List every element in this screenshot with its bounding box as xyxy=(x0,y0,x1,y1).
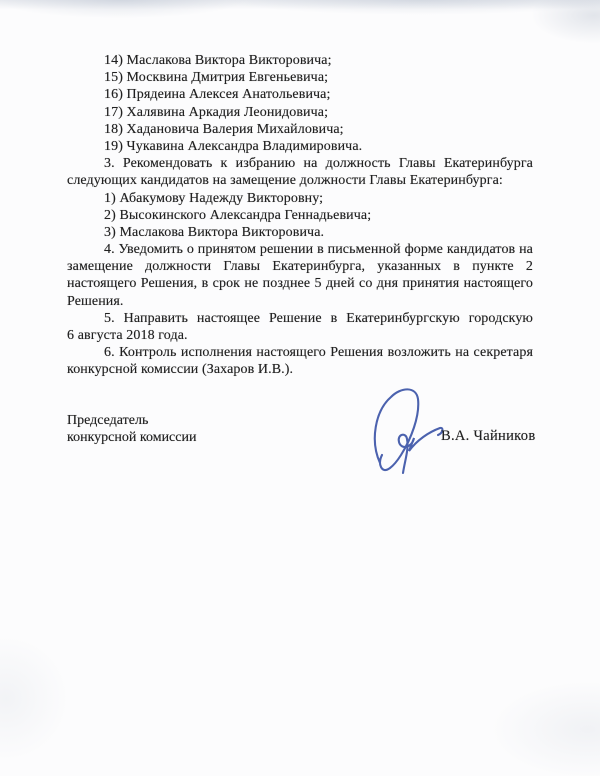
signer-title-line-1: Председатель xyxy=(67,412,196,429)
document-line: 17) Халявина Аркадия Леонидовича; xyxy=(67,104,533,121)
document-line: настоящего Решения, в срок не позднее 5 … xyxy=(67,275,533,292)
document-line: 3. Рекомендовать к избранию на должность… xyxy=(67,155,533,172)
document-line: 16) Прядеина Алексея Анатольевича; xyxy=(67,86,533,103)
signer-title-line-2: конкурсной комиссии xyxy=(67,429,196,446)
signature-title-block: Председатель конкурсной комиссии xyxy=(67,412,196,446)
document-line: 2) Высокинского Александра Геннадьевича; xyxy=(67,207,533,224)
document-line: 15) Москвина Дмитрия Евгеньевича; xyxy=(67,69,533,86)
document-line: замещение должности Главы Екатеринбурга,… xyxy=(67,258,533,275)
document-line: 1) Абакумову Надежду Викторовну; xyxy=(67,190,533,207)
document-line: 4. Уведомить о принятом решении в письме… xyxy=(67,241,533,258)
document-line: 3) Маслакова Виктора Викторовича. xyxy=(67,224,533,241)
signer-name: В.А. Чайников xyxy=(441,428,535,445)
document-line: 14) Маслакова Виктора Викторовича; xyxy=(67,52,533,69)
document-line: конкурсной комиссии (Захаров И.В.). xyxy=(67,361,533,378)
document-line: 19) Чукавина Александра Владимировича. xyxy=(67,138,533,155)
scanned-document-page: 14) Маслакова Виктора Викторовича;15) Мо… xyxy=(0,0,600,776)
document-line: 18) Хадановича Валерия Михайловича; xyxy=(67,121,533,138)
document-line: 5. Направить настоящее Решение в Екатери… xyxy=(67,310,533,327)
document-line: следующих кандидатов на замещение должно… xyxy=(67,172,533,189)
document-line: Решения. xyxy=(67,293,533,310)
document-line: 6. Контроль исполнения настоящего Решени… xyxy=(67,344,533,361)
document-line: 6 августа 2018 года. xyxy=(67,327,533,344)
document-body: 14) Маслакова Виктора Викторовича;15) Мо… xyxy=(67,52,533,379)
